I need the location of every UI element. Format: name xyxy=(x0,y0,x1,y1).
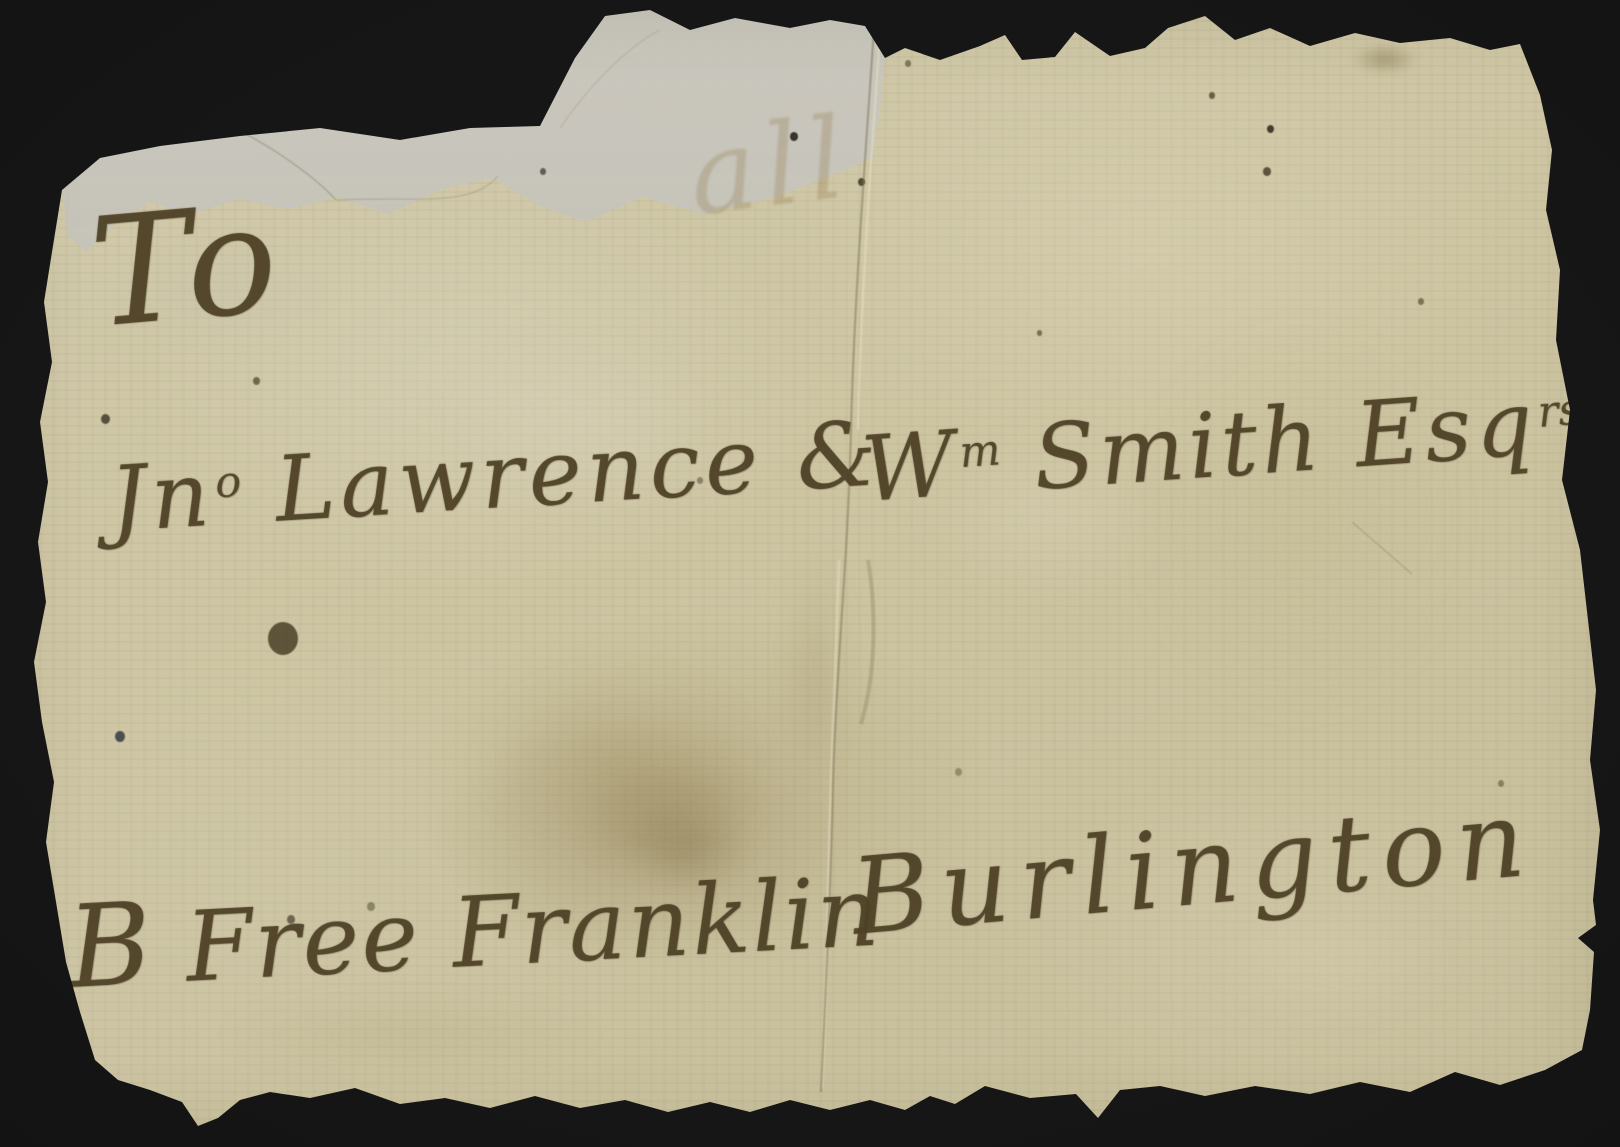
inscription-salutation: To xyxy=(84,172,289,362)
addressee-second-superscript: m xyxy=(958,426,1002,479)
photo-canvas: To all Jno Lawrence & Wm Smith Esqrs B F… xyxy=(0,0,1620,1147)
addressee-first-superscript: o xyxy=(214,457,243,508)
addressee-second-abbr: W xyxy=(858,411,962,522)
honorific-superscript: rs xyxy=(1536,385,1582,438)
frank-initial: B xyxy=(65,878,157,1014)
addressee-first-abbr: Jn xyxy=(107,442,217,553)
document-paper: To all Jno Lawrence & Wm Smith Esqrs B F… xyxy=(0,0,1620,1147)
inscription-faint-scrawl: all xyxy=(682,93,859,242)
